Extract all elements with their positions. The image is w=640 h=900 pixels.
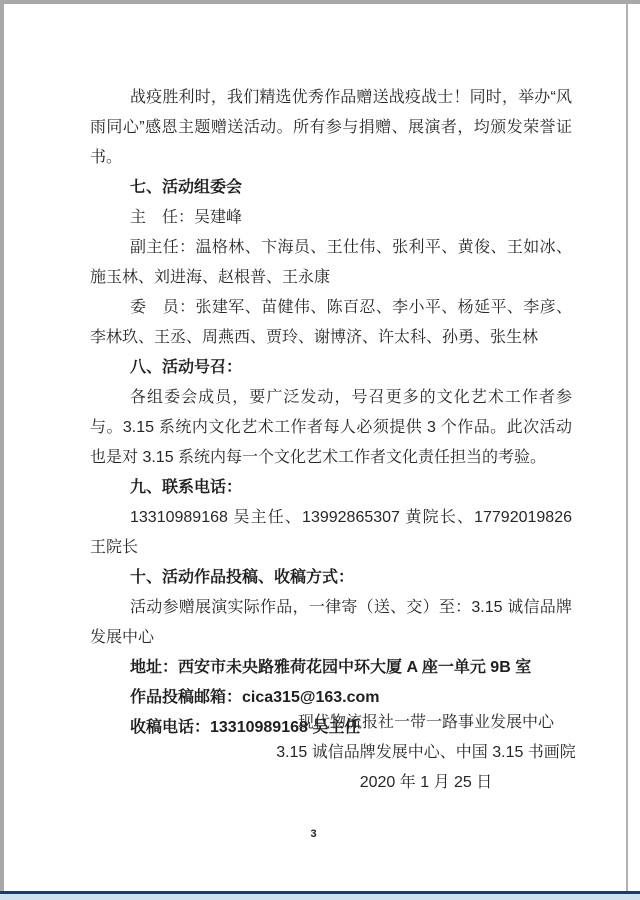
paragraph: 各组委会成员，要广泛发动，号召更多的文化艺术工作者参与。3.15 系统内文化艺术… [90,383,572,473]
paragraph: 委 员：张建军、苗健伟、陈百忍、李小平、杨延平、李彦、李林玖、王丞、周燕西、贾玲… [90,293,572,353]
window-bottom-strip [0,894,640,900]
signature-block: 现代物流报社一带一路事业发展中心3.15 诚信品牌发展中心、中国 3.15 书画… [90,708,640,798]
frame-border-left [0,4,4,891]
section-heading: 八、活动号召： [90,353,572,383]
paragraph: 13310989168 吴主任、13992865307 黄院长、17792019… [90,503,572,563]
document-viewer: 战疫胜利时，我们精选优秀作品赠送战疫战士！同时，举办“风雨同心”感恩主题赠送活动… [0,0,640,900]
section-heading: 九、联系电话： [90,473,572,503]
paragraph: 副主任：温格林、卞海员、王仕伟、张利平、黄俊、王如冰、施玉林、刘进海、赵根普、王… [90,233,572,293]
document-body: 战疫胜利时，我们精选优秀作品赠送战疫战士！同时，举办“风雨同心”感恩主题赠送活动… [90,83,572,743]
frame-border-top [0,0,640,4]
paragraph: 活动参赠展演实际作品，一律寄（送、交）至：3.15 诚信品牌发展中心 [90,593,572,653]
signature-line: 2020 年 1 月 25 日 [185,768,640,798]
section-heading: 七、活动组委会 [90,173,572,203]
paragraph: 主 任：吴建峰 [90,203,572,233]
signature-line: 3.15 诚信品牌发展中心、中国 3.15 书画院 [185,738,640,768]
paragraph: 地址：西安市未央路雅荷花园中环大厦 A 座一单元 9B 室 [90,653,572,683]
paragraph: 战疫胜利时，我们精选优秀作品赠送战疫战士！同时，举办“风雨同心”感恩主题赠送活动… [90,83,572,173]
section-heading: 十、活动作品投稿、收稿方式： [90,563,572,593]
signature-line: 现代物流报社一带一路事业发展中心 [185,708,640,738]
page-number: 3 [0,828,627,840]
